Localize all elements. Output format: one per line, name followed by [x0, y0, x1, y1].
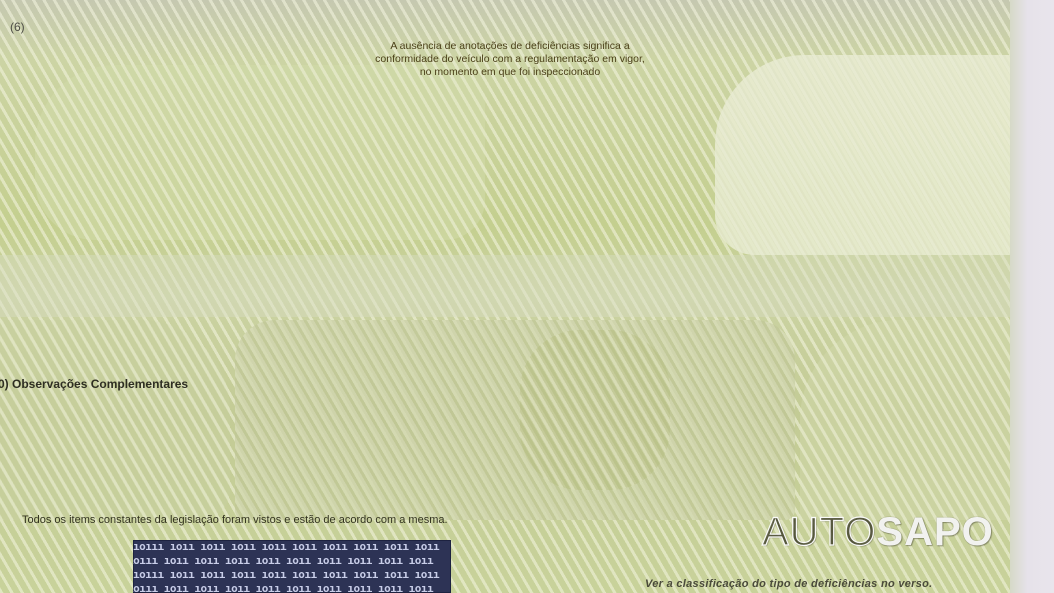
observations-heading: 0) Observações Complementares: [0, 377, 188, 391]
security-pattern-shape: [35, 65, 485, 240]
hologram-row: ıoııı ıoıı ıoıı ıoıı ıoıı ıoıı ıoıı ıoıı…: [133, 582, 451, 593]
autosapo-watermark-logo: AUTOSAPO: [762, 510, 994, 555]
background-surface: [1010, 0, 1054, 593]
security-pattern-shape: [520, 330, 670, 490]
security-pattern-shape: [715, 55, 1022, 255]
security-pattern-shape: [0, 320, 230, 520]
notice-line: no momento em que foi inspeccionado: [320, 66, 700, 79]
footer-note: Ver a classificação do tipo de deficiênc…: [645, 578, 933, 590]
hologram-row: ıoııı ıoıı ıoıı ıoıı ıoıı ıoıı ıoıı ıoıı…: [133, 554, 451, 568]
notice-line: conformidade do veículo com a regulament…: [320, 53, 700, 66]
deficiency-notice: A ausência de anotações de deficiências …: [320, 40, 700, 79]
hologram-sticker: ıoııı ıoıı ıoıı ıoıı ıoıı ıoıı ıoıı ıoıı…: [133, 540, 451, 593]
background-band: [0, 255, 1022, 317]
hologram-row: ıoııı ıoıı ıoıı ıoıı ıoıı ıoıı ıoıı ıoıı…: [133, 540, 451, 554]
section-number: (6): [10, 20, 25, 34]
security-pattern-shape: [235, 320, 795, 520]
security-pattern-shape: [800, 320, 1022, 520]
watermark-bold-text: SAPO: [876, 510, 993, 554]
observations-text: Todos os items constantes da legislação …: [22, 514, 448, 526]
notice-line: A ausência de anotações de deficiências …: [320, 40, 700, 53]
hologram-row: ıoııı ıoıı ıoıı ıoıı ıoıı ıoıı ıoıı ıoıı…: [133, 568, 451, 582]
inspection-document-page: (6) A ausência de anotações de deficiênc…: [0, 0, 1022, 593]
watermark-light-text: AUTO: [762, 510, 876, 554]
